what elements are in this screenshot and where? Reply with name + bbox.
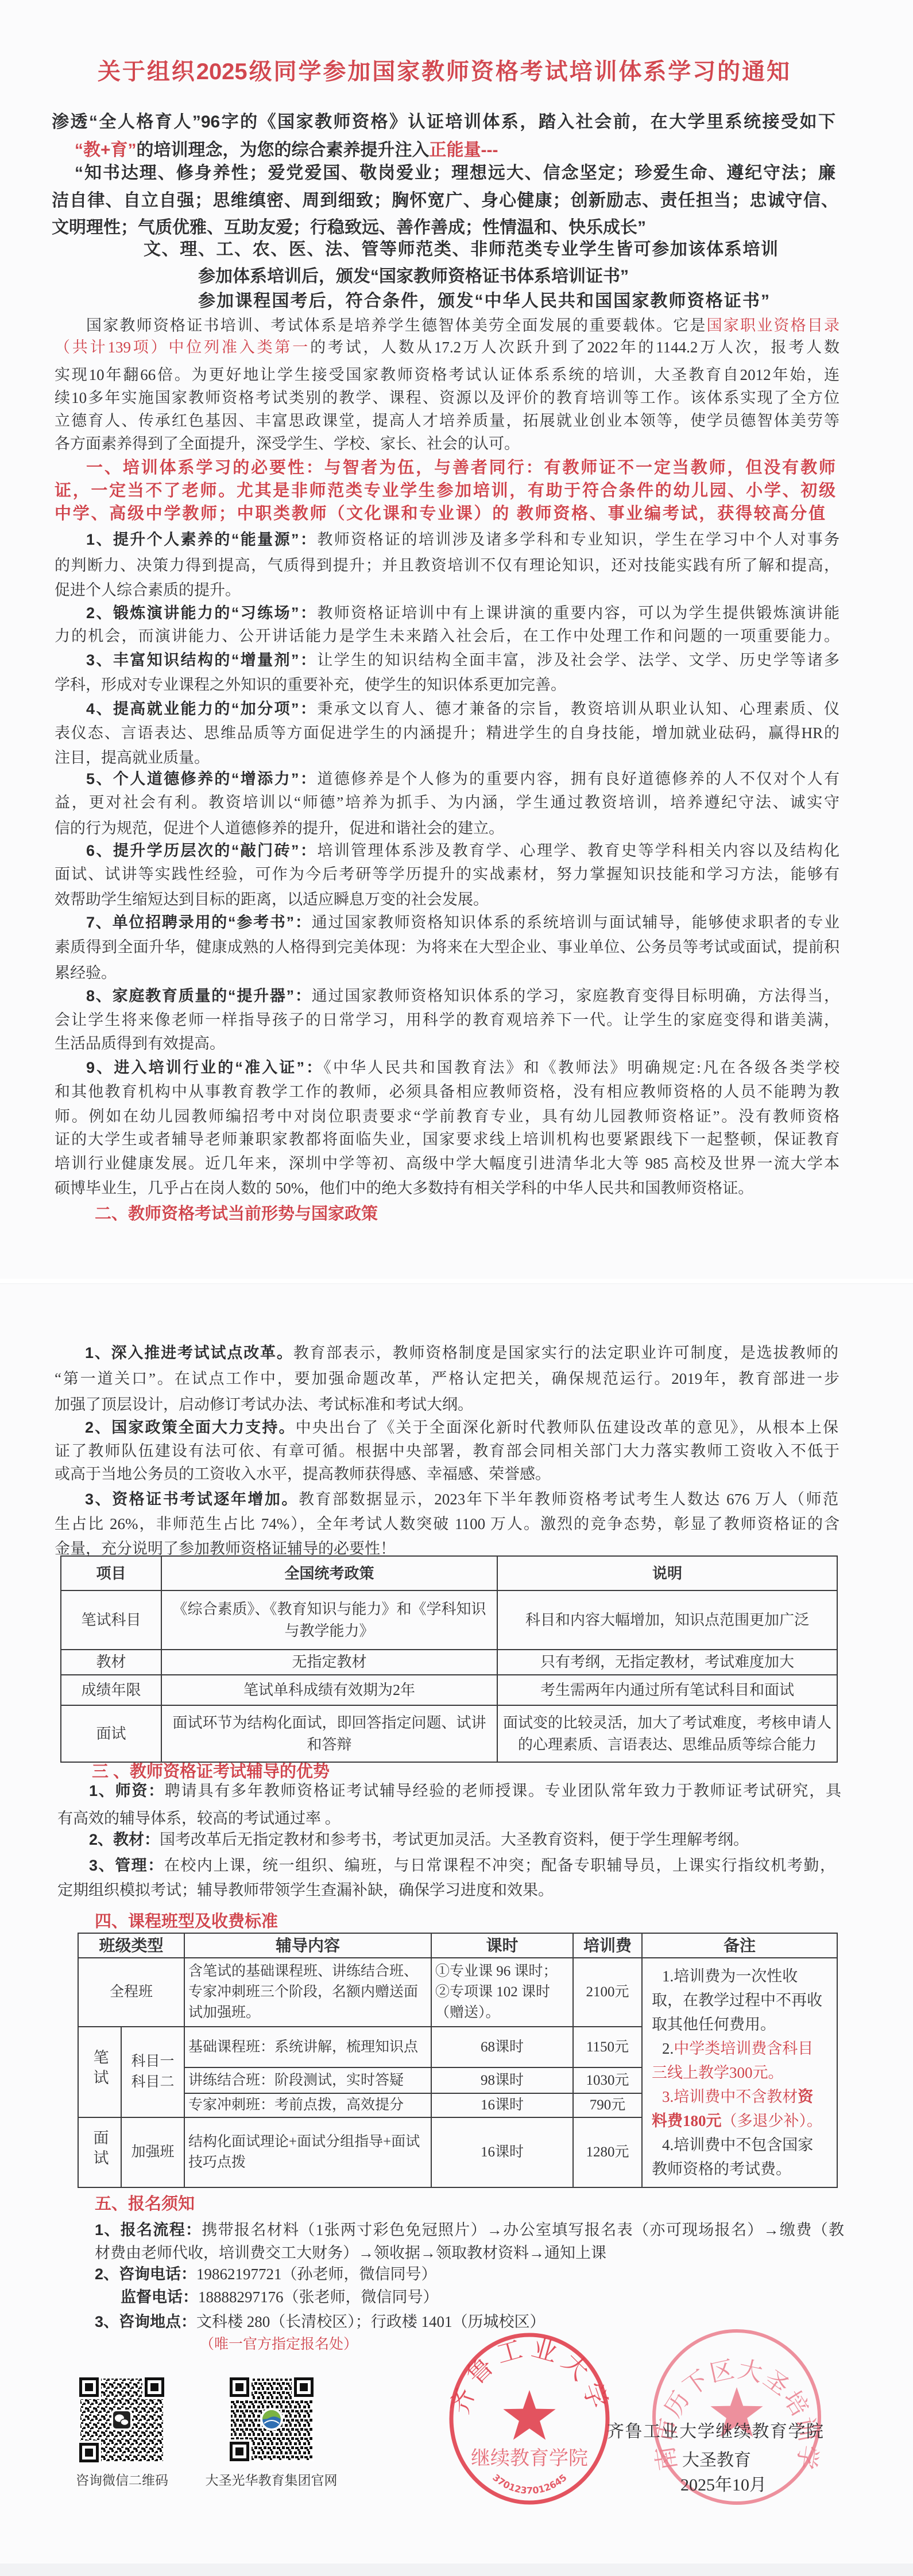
- remark-3: 3.培训费中不含教材资料费180元（多退少补）。: [652, 2085, 827, 2133]
- benefit-label: 4、提高就业能力的“加分项”：: [86, 700, 317, 717]
- policy-item-1: 1、深入推进考试试点改革。教育部表示，教师资格制度是国家实行的法定职业许可制度，…: [85, 1342, 838, 1364]
- cell-fee: 1150元: [573, 2027, 642, 2067]
- wechat-qr-code: [79, 2377, 164, 2462]
- process-label: 1、报名流程：: [95, 2221, 202, 2239]
- policy-line: 生占比 26%，非师范生占比 74%），全年考试人数突破 1100 万人。激烈的…: [55, 1513, 840, 1535]
- intro-line: “教+育”的培训理念，为您的综合素养提升注入正能量---: [75, 138, 498, 162]
- supervision-phone: 监督电话：18888297176（张老师，微信同号）: [121, 2286, 439, 2308]
- benefit-text: 道德修养是个人修为的重要内容，拥有良好道德修养的人不仅对个人有: [317, 770, 840, 787]
- cell-policy: 《综合素质》、《教育知识与能力》和《学科知识与教学能力》: [161, 1590, 497, 1650]
- section-2-heading: 二、教师资格考试当前形势与国家政策: [95, 1202, 378, 1225]
- consult-phone: 2、咨询电话：19862197721（孙老师，微信同号）: [95, 2263, 437, 2285]
- cell-policy: 笔试单科成绩有效期为2年: [161, 1675, 497, 1705]
- advantage-label: 1、师资：: [89, 1782, 165, 1799]
- policy-line: 加强了顶层设计，启动修订考试办法、考试标准和考试大纲。: [55, 1394, 473, 1415]
- table-header-row: 项目 全国统考政策 说明: [61, 1556, 837, 1590]
- cell-fee: 2100元: [573, 1958, 642, 2027]
- header-content: 辅导内容: [184, 1933, 431, 1958]
- benefit-item-8: 8、家庭教育质量的“提升器”：通过国家教师资格知识体系的学习，家庭教育变得目标明…: [86, 985, 840, 1007]
- registration-process-line: 材费由老师代收，培训费交工大财务）→领收据→领取教材资料→通知上课: [95, 2242, 606, 2264]
- notice-title: 关于组织2025级同学参加国家教师资格考试培训体系学习的通知: [98, 57, 790, 86]
- seal-inner-text: 继续教育学院: [471, 2447, 588, 2470]
- cell-item: 笔试科目: [61, 1590, 161, 1650]
- remark-number: 2.: [662, 2040, 674, 2057]
- remark-1: 1.培训费为一次性收取，在教学过程中不再收取其他任何费用。: [652, 1964, 827, 2036]
- intro-line: 渗透“全人格育人”96字的《国家教师资格》认证培训体系，踏入社会前，在大学里系统…: [52, 110, 835, 134]
- section-4-heading: 四、课程班型及收费标准: [95, 1910, 278, 1933]
- benefit-text: 培训管理体系涉及教育学、心理学、教育史等学科相关内容以及结构化: [317, 842, 840, 859]
- policy-text: 教育部表示，教师资格制度是国家实行的法定职业许可制度，是选拔教师的: [293, 1344, 838, 1361]
- section-1-heading: 证，一定当不了老师。尤其是非师范类专业学生参加培训，有助于符合条件的幼儿园、小学…: [55, 479, 835, 502]
- exam-policy-table: 项目 全国统考政策 说明 笔试科目 《综合素质》、《教育知识与能力》和《学科知识…: [60, 1555, 838, 1763]
- header-item: 项目: [61, 1556, 161, 1590]
- benefit-line: 培训行业健康发展。近几年来，深圳中学等初、高级中学大幅度引进清华北大等 985 …: [55, 1153, 840, 1174]
- cell-fee: 790元: [573, 2093, 642, 2117]
- benefit-text: 教师资格证培训中有上课讲演的重要内容，可以为学生提供锻炼演讲能: [317, 604, 840, 622]
- table-row: 笔试科目 《综合素质》、《教育知识与能力》和《学科知识与教学能力》 科目和内容大…: [61, 1590, 837, 1650]
- policy-label: 2、国家政策全面大力支持。: [85, 1419, 296, 1436]
- section-1-heading: 中学、高级中学教师；中职类教师（文化课和专业课）的 教师资格、事业编考试，获得较…: [55, 502, 825, 525]
- cell-note: 科目和内容大幅增加，知识点范围更加广泛: [497, 1590, 837, 1650]
- cell-hours: 16课时: [431, 2093, 573, 2117]
- cell-fee: 1280元: [573, 2117, 642, 2187]
- values-line: 文明理性；气质优雅、互助友爱；行稳致远、善作善成；性情温和、快乐成长”: [52, 216, 646, 240]
- benefit-line: 素质得到全面升华，健康成熟的人格得到完美体现：为将来在大型企业、事业单位、公务员…: [55, 936, 840, 958]
- header-hours: 课时: [431, 1933, 573, 1958]
- benefit-line: 益，更对社会有利。教资培训以“师德”培养为抓手、为内涵，学生通过教资培训，培养遵…: [55, 792, 840, 813]
- subject-label: 加强班: [125, 2142, 180, 2163]
- remark-text: （多退少补）。: [722, 2112, 823, 2129]
- remark-text: 中学类培训费含科目三线上教学300元。: [652, 2040, 813, 2081]
- benefit-text: 通过国家教师资格知识体系的系统培训与面试辅导，能够使求职者的专业: [312, 914, 840, 931]
- subject-label: 科目一: [125, 2051, 180, 2072]
- advantage-text: 国考改革后无指定教材和参考书，考试更加灵活。大圣教育资料，便于学生理解考纲。: [160, 1831, 749, 1848]
- cell-hours: 68课时: [431, 2027, 573, 2067]
- cell-note: 只有考纲，无指定教材，考试难度加大: [497, 1650, 837, 1675]
- policy-label: 3、资格证书考试逐年增加。: [85, 1491, 299, 1508]
- cell-policy: 面试环节为结构化面试，即回答指定问题、试讲和答辩: [161, 1705, 497, 1762]
- cell-fee: 1030元: [573, 2067, 642, 2093]
- benefit-line: 累经验。: [55, 962, 117, 984]
- benefit-label: 7、单位招聘录用的“参考书”：: [86, 914, 312, 931]
- subject-label: 科目二: [125, 2072, 180, 2093]
- table-row-full-course: 全程班 含笔试的基础课程班、讲练结合班、专家冲刺班三个阶段，名额内赠送面试加强班…: [78, 1958, 837, 2027]
- benefit-line: 面试、试讲等实践性经验，可作为今后考研等学历提升的实战素材，努力掌握知识技能和学…: [55, 863, 840, 885]
- cell-content: 基础课程班：系统讲解，梳理知识点: [184, 2027, 431, 2067]
- overview-line: 立德育人、传承红色基因、丰富思政课堂，提高人才培养质量，拓展就业创业本领等，使学…: [55, 410, 840, 432]
- cell-class-type: 全程班: [78, 1958, 184, 2027]
- benefit-item-3: 3、丰富知识结构的“增量剂”：让学生的知识结构全面丰富，涉及社会学、法学、文学、…: [86, 649, 840, 671]
- cell-hours: 98课时: [431, 2067, 573, 2093]
- official-registration-note: （唯一官方指定报名处）: [200, 2334, 358, 2356]
- benefit-label: 1、提升个人素养的“能量源”：: [86, 531, 317, 548]
- values-line: “知书达理、修身养性；爱党爱国、敬岗爱业；理想远大、信念坚定；珍爱生命、遵纪守法…: [75, 161, 835, 185]
- cell-content: 讲练结合班：阶段测试，实时答疑: [184, 2067, 431, 2093]
- website-qr-caption: 大圣光华教育集团官网: [201, 2471, 342, 2490]
- overview-text: 国家教师资格证书培训、考试体系是培养学生德智体美劳全面发展的重要载体。它是: [86, 317, 707, 334]
- benefit-line: 注目，提高就业质量。: [55, 747, 210, 769]
- eligibility-national-certificate: 参加课程国考后，符合条件，颁发“中华人民共和国国家教师资格证书”: [198, 289, 769, 313]
- benefit-line: 和其他教育机构中从事教育教学工作的教师，必须具备相应教师资格，没有相应教师资格的…: [55, 1081, 840, 1103]
- teach-educate-highlight: “教+育”: [75, 141, 137, 160]
- policy-text: 中央出台了《关于全面深化新时代教师队伍建设改革的意见》，从根本上保: [296, 1419, 838, 1436]
- overview-line: 国家教师资格证书培训、考试体系是培养学生德智体美劳全面发展的重要载体。它是国家职…: [86, 315, 840, 336]
- advantage-label: 2、教材：: [89, 1831, 160, 1848]
- signature-company: 大圣教育: [659, 2449, 774, 2472]
- phone-label: 2、咨询电话：: [95, 2265, 196, 2283]
- header-class-type: 班级类型: [78, 1933, 184, 1958]
- course-fee-table: 班级类型 辅导内容 课时 培训费 备注 全程班 含笔试的基础课程班、讲练结合班、…: [78, 1933, 838, 2188]
- remark-number: 1.: [662, 1968, 674, 1985]
- eligibility-majors: 文、理、工、农、医、法、管等师范类、非师范类专业学生皆可参加该体系培训: [144, 238, 778, 262]
- remark-text: 培训费为一次性收取，在教学过程中不再收取其他任何费用。: [652, 1968, 822, 2033]
- wechat-logo-icon: [111, 2410, 132, 2430]
- overview-line: 续10多年实施国家教师资格考试类别的教学、课程、资源以及评价的教育培训等工作。该…: [55, 387, 840, 409]
- benefit-label: 3、丰富知识结构的“增量剂”：: [86, 651, 317, 669]
- phone-value: 19862197721（孙老师，微信同号）: [196, 2265, 437, 2283]
- cell-group-interview: 面试: [78, 2117, 121, 2187]
- cell-content: 结构化面试理论+面试分组指导+面试技巧点拨: [184, 2117, 431, 2187]
- advantage-line: 有高效的辅导体系，较高的考试通过率 。: [57, 1807, 341, 1829]
- benefit-label: 2、锻炼演讲能力的“习练场”：: [86, 604, 317, 622]
- overview-line: （共计139项）中位列准入类第一的考试，人数从17.2万人次跃升到了2022年的…: [55, 336, 840, 358]
- table-header-row: 班级类型 辅导内容 课时 培训费 备注: [78, 1933, 837, 1958]
- supervision-label: 监督电话：: [121, 2288, 198, 2306]
- university-seal: 齐鲁工业大学 继续教育学院 3701237012645: [448, 2331, 612, 2507]
- cell-subjects: 加强班: [121, 2117, 184, 2187]
- benefit-text: 教师资格证的培训涉及诸多学科和专业知识，学生在学习中个人对事务: [317, 531, 840, 548]
- benefit-line: 表仪态、言语表达、思维品质等方面促进学生的内涵提升；精进学生的自身技能，增加就业…: [55, 722, 840, 744]
- remark-2: 2.中学类培训费含科目三线上教学300元。: [652, 2036, 827, 2085]
- location-value: 文科楼 280（长清校区）；行政楼 1401（历城校区）: [196, 2313, 546, 2330]
- policy-item-3: 3、资格证书考试逐年增加。教育部数据显示，2023年下半年教师资格考试考生人数达…: [85, 1488, 838, 1510]
- cell-content: 专家冲刺班：考前点拨，高效提分: [184, 2093, 431, 2117]
- benefit-item-5: 5、个人道德修养的“增添力”：道德修养是个人修为的重要内容，拥有良好道德修养的人…: [86, 768, 840, 790]
- benefit-line: 硕博毕业生，几乎占在岗人数的 50%，他们中的绝大多数持有相关学科的中华人民共和…: [55, 1177, 753, 1199]
- benefit-line: 学科，形成对专业课程之外知识的重要补充，使学生的知识体系更加完善。: [55, 674, 566, 696]
- consult-location: 3、咨询地点：文科楼 280（长清校区）；行政楼 1401（历城校区）: [95, 2311, 546, 2333]
- seal-serial-number: 3701237012645: [490, 2472, 568, 2496]
- remark-number: 3.: [662, 2088, 674, 2105]
- cell-item: 面试: [61, 1705, 161, 1762]
- benefit-item-4: 4、提高就业能力的“加分项”：秉承文以育人、德才兼备的宗旨，教资培训从职业认知、…: [86, 698, 840, 720]
- cell-item: 成绩年限: [61, 1675, 161, 1705]
- benefit-item-7: 7、单位招聘录用的“参考书”：通过国家教师资格知识体系的系统培训与面试辅导，能够…: [86, 911, 840, 933]
- benefit-item-1: 1、提升个人素养的“能量源”：教师资格证的培训涉及诸多学科和专业知识，学生在学习…: [86, 529, 840, 550]
- positive-energy-highlight: 正能量---: [430, 141, 498, 160]
- occupational-catalog-highlight: （共计139项）中位列准入类第一: [55, 339, 310, 356]
- signature-university: 齐鲁工业大学继续教育学院: [607, 2420, 823, 2443]
- table-row: 教材 无指定教材 只有考纲，无指定教材，考试难度加大: [61, 1650, 837, 1675]
- location-label: 3、咨询地点：: [95, 2313, 196, 2330]
- signature-date: 2025年10月: [666, 2474, 781, 2497]
- benefit-item-6: 6、提升学历层次的“敲门砖”：培训管理体系涉及教育学、心理学、教育史等学科相关内…: [86, 840, 840, 862]
- advantage-text: 在校内上课，统一组织、编班，与日常课程不冲突；配备专职辅导员，上课实行指纹机考勤…: [164, 1857, 835, 1874]
- cell-remarks: 1.培训费为一次性收取，在教学过程中不再收取其他任何费用。 2.中学类培训费含科…: [642, 1958, 837, 2187]
- section-5-heading: 五、报名须知: [95, 2193, 195, 2216]
- advantage-item-2: 2、教材：国考改革后无指定教材和参考书，考试更加灵活。大圣教育资料，便于学生理解…: [89, 1829, 749, 1850]
- policy-text: 教育部数据显示，2023年下半年教师资格考试考生人数达 676 万人（师范: [299, 1491, 838, 1508]
- star-icon: [503, 2390, 555, 2440]
- remark-text: 培训费中不含教材: [674, 2088, 798, 2105]
- policy-line: 或高于当地公务员的工资收入水平，提高教师获得感、幸福感、荣誉感。: [55, 1463, 551, 1485]
- benefit-text: 让学生的知识结构全面丰富，涉及社会学、法学、文学、历史学等诸多: [317, 651, 840, 669]
- header-fee: 培训费: [573, 1933, 642, 1958]
- values-line: 洁自律、自立自强；思维缜密、周到细致；胸怀宽广、身心健康；创新励志、责任担当；忠…: [52, 189, 838, 213]
- cell-hours: 16课时: [431, 2117, 573, 2187]
- table-row: 面试 面试环节为结构化面试，即回答指定问题、试讲和答辩 面试变的比较灵活，加大了…: [61, 1705, 837, 1762]
- benefit-line: 促进个人综合素质的提升。: [55, 579, 241, 601]
- policy-line: 证了教师队伍建设有法可依、有章可循。根据中央部署，教育部会同相关部门大力落实教师…: [55, 1440, 840, 1462]
- benefit-line: 信的行为规范，促进个人道德修养的提升，促进和谐社会的建立。: [55, 817, 504, 839]
- table-row: 成绩年限 笔试单科成绩有效期为2年 考生需两年内通过所有笔试科目和面试: [61, 1675, 837, 1705]
- overview-line: 实现10年翻66倍。为更好地让学生接受国家教师资格考试认证体系系统的培训，大圣教…: [55, 364, 840, 386]
- benefit-line: 师。例如在幼儿园教师编招考中对岗位职责要求“学前教育专业，具有幼儿园教师资格证”…: [55, 1105, 840, 1127]
- benefit-line: 生活品质得到有效提高。: [55, 1033, 225, 1054]
- benefit-label: 6、提升学历层次的“敲门砖”：: [86, 842, 317, 859]
- cell-subjects: 科目一 科目二: [121, 2027, 184, 2117]
- benefit-line: 力的机会，而演讲能力、公开讲话能力是学生未来踏入社会后，在工作中处理工作和问题的…: [55, 625, 840, 647]
- advantage-item-1: 1、师资：聘请具有多年教师资格证考试辅导经验的老师授课。专业团队常年致力于教师证…: [89, 1780, 841, 1802]
- policy-line: “第一道关口”。在试点工作中，要加强命题改革，严格认定把关，确保规范运行。201…: [55, 1368, 840, 1390]
- advantage-line: 定期组织模拟考试；辅导教师带领学生查漏补缺，确保学习进度和效果。: [57, 1879, 554, 1901]
- svg-text:3701237012645: 3701237012645: [490, 2472, 568, 2496]
- advantage-item-3: 3、管理：在校内上课，统一组织、编班，与日常课程不冲突；配备专职辅导员，上课实行…: [89, 1855, 835, 1876]
- cell-hours: ①专业课 96 课时；②专项课 102 课时（赠送）。: [431, 1958, 573, 2027]
- benefit-line: 证的大学生或者辅导老师兼职家教都将面临失业，国家要求线上培训机构也要紧跟线下一起…: [55, 1128, 840, 1150]
- group-label: 笔试: [90, 2049, 110, 2089]
- benefit-text: 《中华人民共和国教育法》和《教师法》明确规定:凡在各级各类学校: [323, 1059, 840, 1076]
- group-label: 面试: [90, 2129, 110, 2170]
- wechat-qr-caption: 咨询微信二维码: [72, 2471, 172, 2490]
- remark-4: 4.培训费中不包含国家教师资格的考试费。: [652, 2133, 827, 2181]
- cell-note: 面试变的比较灵活，加大了考试难度，考核申请人的心理素质、言语表达、思维品质等综合…: [497, 1705, 837, 1762]
- cell-policy: 无指定教材: [161, 1650, 497, 1675]
- process-text: 携带报名材料（1张两寸彩色免冠照片）→办公室填写报名表（亦可现场报名）→缴费（教: [202, 2221, 844, 2239]
- benefit-line: 效帮助学生缩短达到目标的距离，以适应瞬息万变的社会发展。: [55, 889, 489, 910]
- supervision-value: 18888297176（张老师，微信同号）: [198, 2288, 439, 2306]
- overview-text: 的考试，人数从17.2万人次跃升到了2022年的1144.2万人次，报考人数: [310, 339, 840, 356]
- eligibility-training-certificate: 参加体系培训后，颁发“国家教师资格证书体系培训证书”: [198, 265, 629, 289]
- section-1-heading: 一、培训体系学习的必要性：与智者为伍，与善者同行：有教师证不一定当教师，但没有教…: [86, 456, 835, 479]
- header-note: 说明: [497, 1556, 837, 1590]
- benefit-label: 9、进入培训行业的“准入证”：: [86, 1059, 323, 1076]
- remark-text: 培训费中不包含国家教师资格的考试费。: [652, 2136, 813, 2178]
- benefit-item-2: 2、锻炼演讲能力的“习练场”：教师资格证培训中有上课讲演的重要内容，可以为学生提…: [86, 602, 840, 624]
- website-qr-code: [230, 2377, 314, 2461]
- benefit-label: 5、个人道德修养的“增添力”：: [86, 770, 317, 787]
- cell-group-written: 笔试: [78, 2027, 121, 2117]
- header-remarks: 备注: [642, 1933, 837, 1958]
- scan-bottom-edge: [0, 2563, 913, 2576]
- benefit-text: 秉承文以育人、德才兼备的宗旨，教资培训从职业认知、心理素质、仪: [317, 700, 840, 717]
- advantage-text: 聘请具有多年教师资格证考试辅导经验的老师授课。专业团队常年致力于教师证考试研究，…: [165, 1782, 841, 1799]
- overview-line: 各方面素养得到了全面提升，深受学生、学校、家长、社会的认可。: [55, 433, 520, 455]
- advantage-label: 3、管理：: [89, 1857, 164, 1874]
- header-policy: 全国统考政策: [161, 1556, 497, 1590]
- benefit-item-9: 9、进入培训行业的“准入证”：《中华人民共和国教育法》和《教师法》明确规定:凡在…: [86, 1057, 840, 1078]
- cell-content: 含笔试的基础课程班、讲练结合班、专家冲刺班三个阶段，名额内赠送面试加强班。: [184, 1958, 431, 2027]
- remark-number: 4.: [662, 2136, 674, 2154]
- intro-text: 的培训理念，为您的综合素养提升注入: [137, 141, 430, 160]
- policy-item-2: 2、国家政策全面大力支持。中央出台了《关于全面深化新时代教师队伍建设改革的意见》…: [85, 1417, 838, 1438]
- benefit-text: 通过国家教师资格知识体系的学习，家庭教育变得目标明确，方法得当，: [312, 987, 840, 1004]
- policy-label: 1、深入推进考试试点改革。: [85, 1344, 293, 1361]
- cell-note: 考生需两年内通过所有笔试科目和面试: [497, 1675, 837, 1705]
- registration-process: 1、报名流程：携带报名材料（1张两寸彩色免冠照片）→办公室填写报名表（亦可现场报…: [95, 2219, 844, 2241]
- benefit-line: 的判断力、决策力得到提高，气质得到提升；并且教资培训不仅有理论知识，还对技能实践…: [55, 554, 840, 576]
- cell-item: 教材: [61, 1650, 161, 1675]
- dasheng-logo-icon: [260, 2408, 283, 2431]
- benefit-label: 8、家庭教育质量的“提升器”：: [86, 987, 312, 1004]
- benefit-line: 会让学生将来像老师一样指导孩子的日常学习，用科学的教育观培养下一代。让学生的家庭…: [55, 1009, 840, 1031]
- occupational-catalog-highlight: 国家职业资格目录: [707, 317, 840, 334]
